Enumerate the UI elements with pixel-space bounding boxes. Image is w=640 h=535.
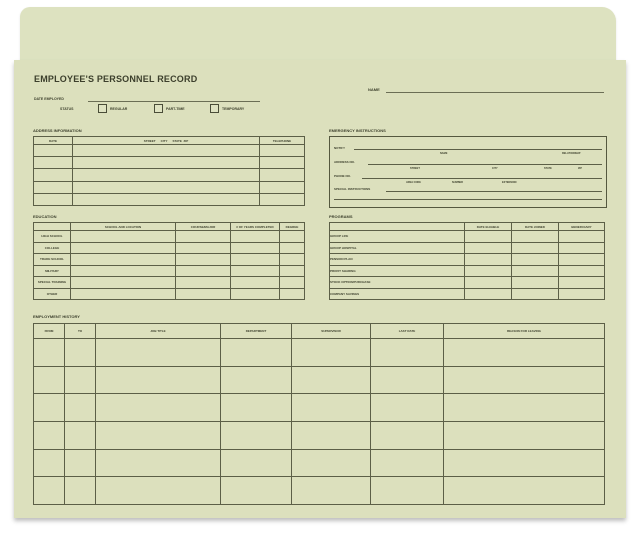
date-employed-field[interactable] <box>88 101 260 102</box>
header-to: TO <box>65 324 96 339</box>
table-row: COLLEGE <box>34 242 305 254</box>
special-instructions-field-2[interactable] <box>334 199 602 200</box>
employment-section-label: EMPLOYMENT HISTORY <box>33 314 80 319</box>
table-row <box>34 366 605 394</box>
emergency-box: NOTIFY NAME RELATIONSHIP ADDRESS NO. STR… <box>329 136 607 208</box>
header-telephone: TELEPHONE <box>260 137 305 145</box>
table-row <box>34 193 305 205</box>
table-row <box>34 394 605 422</box>
table-row: SPECIAL TRAINING <box>34 277 305 289</box>
education-section-label: EDUCATION <box>33 214 56 219</box>
header-course: COURSE/MAJOR <box>176 223 231 231</box>
programs-table: DATE ELIGIBLE DATE JOINED BENEFICIARY GR… <box>329 222 605 300</box>
date-employed-label: DATE EMPLOYED <box>34 97 64 101</box>
header-degree: DEGREE <box>280 223 305 231</box>
table-row: HIGH SCHOOL <box>34 231 305 243</box>
header-last-rate: LAST RATE <box>371 324 444 339</box>
table-row <box>34 169 305 181</box>
table-row <box>34 449 605 477</box>
header-beneficiary: BENEFICIARY <box>559 223 605 231</box>
phone-field[interactable] <box>362 178 602 179</box>
table-row: MILITARY <box>34 265 305 277</box>
name-field[interactable] <box>386 92 604 93</box>
table-row: GROUP HOSPITAL <box>330 242 605 254</box>
table-row: PROFIT SHARING <box>330 265 605 277</box>
programs-section-label: PROGRAMS <box>329 214 353 219</box>
status-part-time-checkbox[interactable]: PART-TIME <box>154 104 185 113</box>
header-date-joined: DATE JOINED <box>512 223 559 231</box>
checkbox-box[interactable] <box>210 104 219 113</box>
header-years: # OF YEARS COMPLETED <box>231 223 280 231</box>
special-instructions-field[interactable] <box>386 191 602 192</box>
table-row: STOCK OPTION/PURCHASE <box>330 277 605 289</box>
notify-field[interactable] <box>354 149 602 150</box>
table-row: COMPANY SAVINGS <box>330 288 605 300</box>
header-job-title: JOB TITLE <box>96 324 221 339</box>
table-row <box>34 339 605 367</box>
header-date: DATE <box>34 137 73 145</box>
table-row <box>34 477 605 505</box>
header-street-city-state-zip: STREET CITY STATE ZIP <box>73 137 260 145</box>
header-date-eligible: DATE ELIGIBLE <box>465 223 512 231</box>
checkbox-box[interactable] <box>154 104 163 113</box>
checkbox-box[interactable] <box>98 104 107 113</box>
address-field[interactable] <box>368 164 602 165</box>
status-regular-checkbox[interactable]: REGULAR <box>98 104 127 113</box>
table-row <box>34 421 605 449</box>
employment-table: FROM TO JOB TITLE DEPARTMENT SUPERVISOR … <box>33 323 605 505</box>
status-temporary-checkbox[interactable]: TEMPORARY <box>210 104 244 113</box>
emergency-section-label: EMERGENCY INSTRUCTIONS <box>329 128 386 133</box>
address-table: DATE STREET CITY STATE ZIP TELEPHONE <box>33 136 305 206</box>
table-row: OTHER <box>34 288 305 300</box>
header-from: FROM <box>34 324 65 339</box>
header-supervisor: SUPERVISOR <box>292 324 371 339</box>
table-row <box>34 157 305 169</box>
header-school: SCHOOL AND LOCATION <box>71 223 176 231</box>
table-row: GROUP LIFE <box>330 231 605 243</box>
form-title: EMPLOYEE'S PERSONNEL RECORD <box>34 74 197 84</box>
header-reason-for-leaving: REASON FOR LEAVING <box>444 324 605 339</box>
name-label: NAME <box>368 87 380 92</box>
table-row: PENSION PLAN <box>330 254 605 266</box>
education-table: SCHOOL AND LOCATION COURSE/MAJOR # OF YE… <box>33 222 305 300</box>
table-row: TRADE SCHOOL <box>34 254 305 266</box>
address-section-label: ADDRESS INFORMATION <box>33 128 82 133</box>
status-label: STATUS <box>60 107 73 111</box>
table-row <box>34 181 305 193</box>
header-department: DEPARTMENT <box>221 324 292 339</box>
table-row <box>34 145 305 157</box>
